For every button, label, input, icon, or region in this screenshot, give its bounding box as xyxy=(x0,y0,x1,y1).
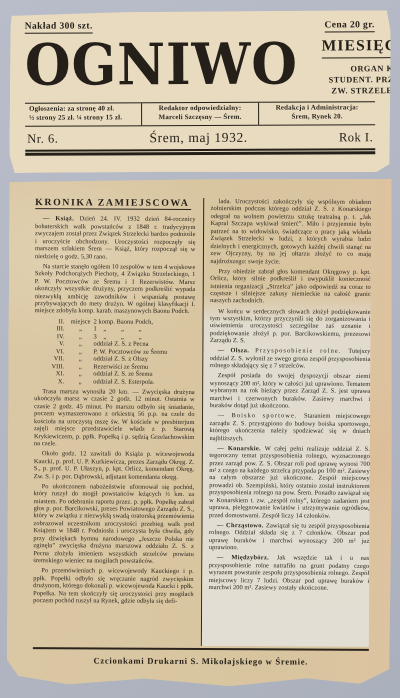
paragraph: — Książ. Dzień 24. IV. 1932 dzień 84-roc… xyxy=(35,216,196,262)
row-numeral: VII. xyxy=(34,355,67,363)
paragraph-text: W końcu w serdecznych słowach złożył pod… xyxy=(210,308,371,345)
row-ditto: „ xyxy=(67,378,93,386)
row-text: oddział Z. S. Esterpola. xyxy=(93,378,195,386)
paragraph-text: Dzień 24. IV. 1932 dzień 84-rocznicy boh… xyxy=(35,216,196,260)
paragraph: — Międzybórz. Jak wszędzie tak i u nas p… xyxy=(209,554,370,592)
paragraph-text: Około godz. 12 zawitali do Książa p. wic… xyxy=(34,450,195,480)
paragraph: — Boisko sportowe. Staraniem miejscowego… xyxy=(209,412,370,443)
masthead-title-row: OGNIWO MIESIĘCZNIK ORGAN KOŁA STUDENT. P… xyxy=(25,34,375,98)
paragraph: Trasa marszu wynosiła 20 km. — Zwycięska… xyxy=(34,388,195,448)
paragraph-text: Na starcie stanęło ogółem 10 zespołów w … xyxy=(35,263,196,315)
organ-lines: ORGAN KOŁA STUDENT. PRZYJACIÓŁ ZW. STRZE… xyxy=(322,63,400,97)
paragraph: — Konarskie. W całej pełni realizuje odd… xyxy=(209,445,370,520)
masthead-paper: Nakład 300 szt. Cena 20 gr. OGNIWO MIESI… xyxy=(9,10,392,174)
paragraph-text: Po przemówieniach p. wicewojewody Kaucki… xyxy=(33,567,194,605)
row-ditto: „ xyxy=(67,370,93,378)
row-numeral: VIII. xyxy=(34,363,67,371)
row-ditto: „ xyxy=(67,348,93,356)
row-numeral: VI. xyxy=(34,348,67,356)
paragraph: — Chrząstowo. Zawiązał się tu zespół prz… xyxy=(209,522,370,553)
organ-line: ZW. STRZELECKIEGO. xyxy=(322,85,400,97)
paragraph: Zespół posiada do swojej dyspozycji obsz… xyxy=(210,372,371,410)
paragraph: Na starcie stanęło ogółem 10 zespołów w … xyxy=(35,263,196,316)
row-ditto: „ xyxy=(67,340,93,348)
section-heading: KRONIKA ZAMIEJSCOWA xyxy=(35,199,191,210)
paragraph-lead: — Olsza. xyxy=(218,347,255,354)
results-list: II.miejsce2 komp. Baonu Podch, III.„1 „ … xyxy=(34,318,195,386)
info-cell-ads: Ogłoszenia: za stronę 40 zł. ½ strony 25… xyxy=(25,104,141,126)
issue-date: Śrem, maj 1932. xyxy=(149,129,247,145)
paragraph: lada. Uroczystości zakończyły się wspóln… xyxy=(210,198,371,266)
masthead-title: OGNIWO xyxy=(25,35,298,96)
info-cell-ads-line: ½ strony 25 zł. ¼ strony 15 zł. xyxy=(29,114,137,123)
row-numeral: II. xyxy=(35,318,68,326)
info-cell-editor: Redaktor odpowiedzialny: Marceli Szczęsn… xyxy=(141,103,258,125)
price-label: Cena 20 gr. xyxy=(324,20,374,32)
imprint-footer: Czcionkami Drukarni S. Mikołajskiego w Ś… xyxy=(33,647,369,671)
issue-row: Nr. 6. Śrem, maj 1932. Rok I. xyxy=(25,125,375,150)
paragraph: Po przemówieniach p. wicewojewody Kaucki… xyxy=(33,567,194,605)
info-cell-address: Redakcja i Administracja: Śrem, Rynek 20… xyxy=(258,103,375,125)
paragraph-lead: — Chrząstowo. xyxy=(217,522,266,529)
page-paper: KRONIKA ZAMIEJSCOWA — Książ. Dzień 24. I… xyxy=(7,177,394,687)
right-column: lada. Uroczystości zakończyły się wspóln… xyxy=(201,198,371,647)
issue-year: Rok I. xyxy=(339,130,373,145)
issue-number: Nr. 6. xyxy=(27,131,58,146)
row-ditto: „ xyxy=(67,363,93,371)
paragraph-lead: — Książ. xyxy=(43,216,80,223)
row-numeral: X. xyxy=(34,378,67,386)
row-ditto: „ xyxy=(67,355,93,363)
info-cell-address-line: Redakcja i Administracja: xyxy=(263,105,371,114)
row-ditto: „ xyxy=(68,325,94,333)
paragraph-lead: — Konarskie. xyxy=(217,445,264,452)
paragraph: — Olsza. Przysposobienie rolne. Tutejszy… xyxy=(210,347,371,370)
paragraph: W końcu w serdecznych słowach złożył pod… xyxy=(210,308,371,346)
row-ditto: miejsce xyxy=(68,318,94,326)
paragraph-spaced-heading: Przysposobienie rolne. xyxy=(255,348,348,355)
info-cell-address-line: Śrem, Rynek 20. xyxy=(263,113,371,122)
masthead-organ-block: MIESIĘCZNIK ORGAN KOŁA STUDENT. PRZYJACI… xyxy=(322,37,400,97)
paragraph-text: Przy obiedzie zabrał głos komendant Okrę… xyxy=(210,268,371,305)
left-column: KRONIKA ZAMIEJSCOWA — Książ. Dzień 24. I… xyxy=(33,197,204,646)
info-cell-editor-line: Marceli Szczęsny — Śrem. xyxy=(146,114,254,123)
paragraph: Przy obiedzie zabrał głos komendant Okrę… xyxy=(210,268,371,306)
row-numeral: IV. xyxy=(34,333,67,341)
paragraph-text: Trasa marszu wynosiła 20 km. — Zwycięska… xyxy=(34,388,195,447)
organ-line: STUDENT. PRZYJACIÓŁ xyxy=(322,74,400,86)
paragraph-text: W całej pełni realizuje oddział Z. S. te… xyxy=(209,445,370,519)
masthead-subtitle: MIESIĘCZNIK xyxy=(322,37,400,59)
row-numeral: V. xyxy=(34,340,67,348)
paragraph: Po ukończonem nabożeństwie uformował się… xyxy=(33,483,194,566)
list-row: X.„oddział Z. S. Esterpola. xyxy=(34,378,195,386)
paragraph: Około godz. 12 zawitali do Książa p. wic… xyxy=(34,450,195,481)
masthead-info-row: Ogłoszenia: za stronę 40 zł. ½ strony 25… xyxy=(25,103,375,127)
row-ditto: „ xyxy=(67,333,93,341)
paragraph-text: Zespół posiada do swojej dyspozycji obsz… xyxy=(210,372,371,409)
article-columns: KRONIKA ZAMIEJSCOWA — Książ. Dzień 24. I… xyxy=(33,197,371,647)
paragraph-text: Po ukończonem nabożeństwie uformował się… xyxy=(33,483,194,565)
row-numeral: XI. xyxy=(34,370,67,378)
organ-line: ORGAN KOŁA xyxy=(322,63,400,75)
double-rule-bottom xyxy=(25,152,375,157)
paragraph-text: lada. Uroczystości zakończyły się wspóln… xyxy=(210,198,371,265)
paragraph-lead: — Międzybórz. xyxy=(217,554,277,561)
paragraph-spaced-heading: — Boisko sportowe. xyxy=(218,412,305,419)
row-numeral: III. xyxy=(35,325,68,333)
